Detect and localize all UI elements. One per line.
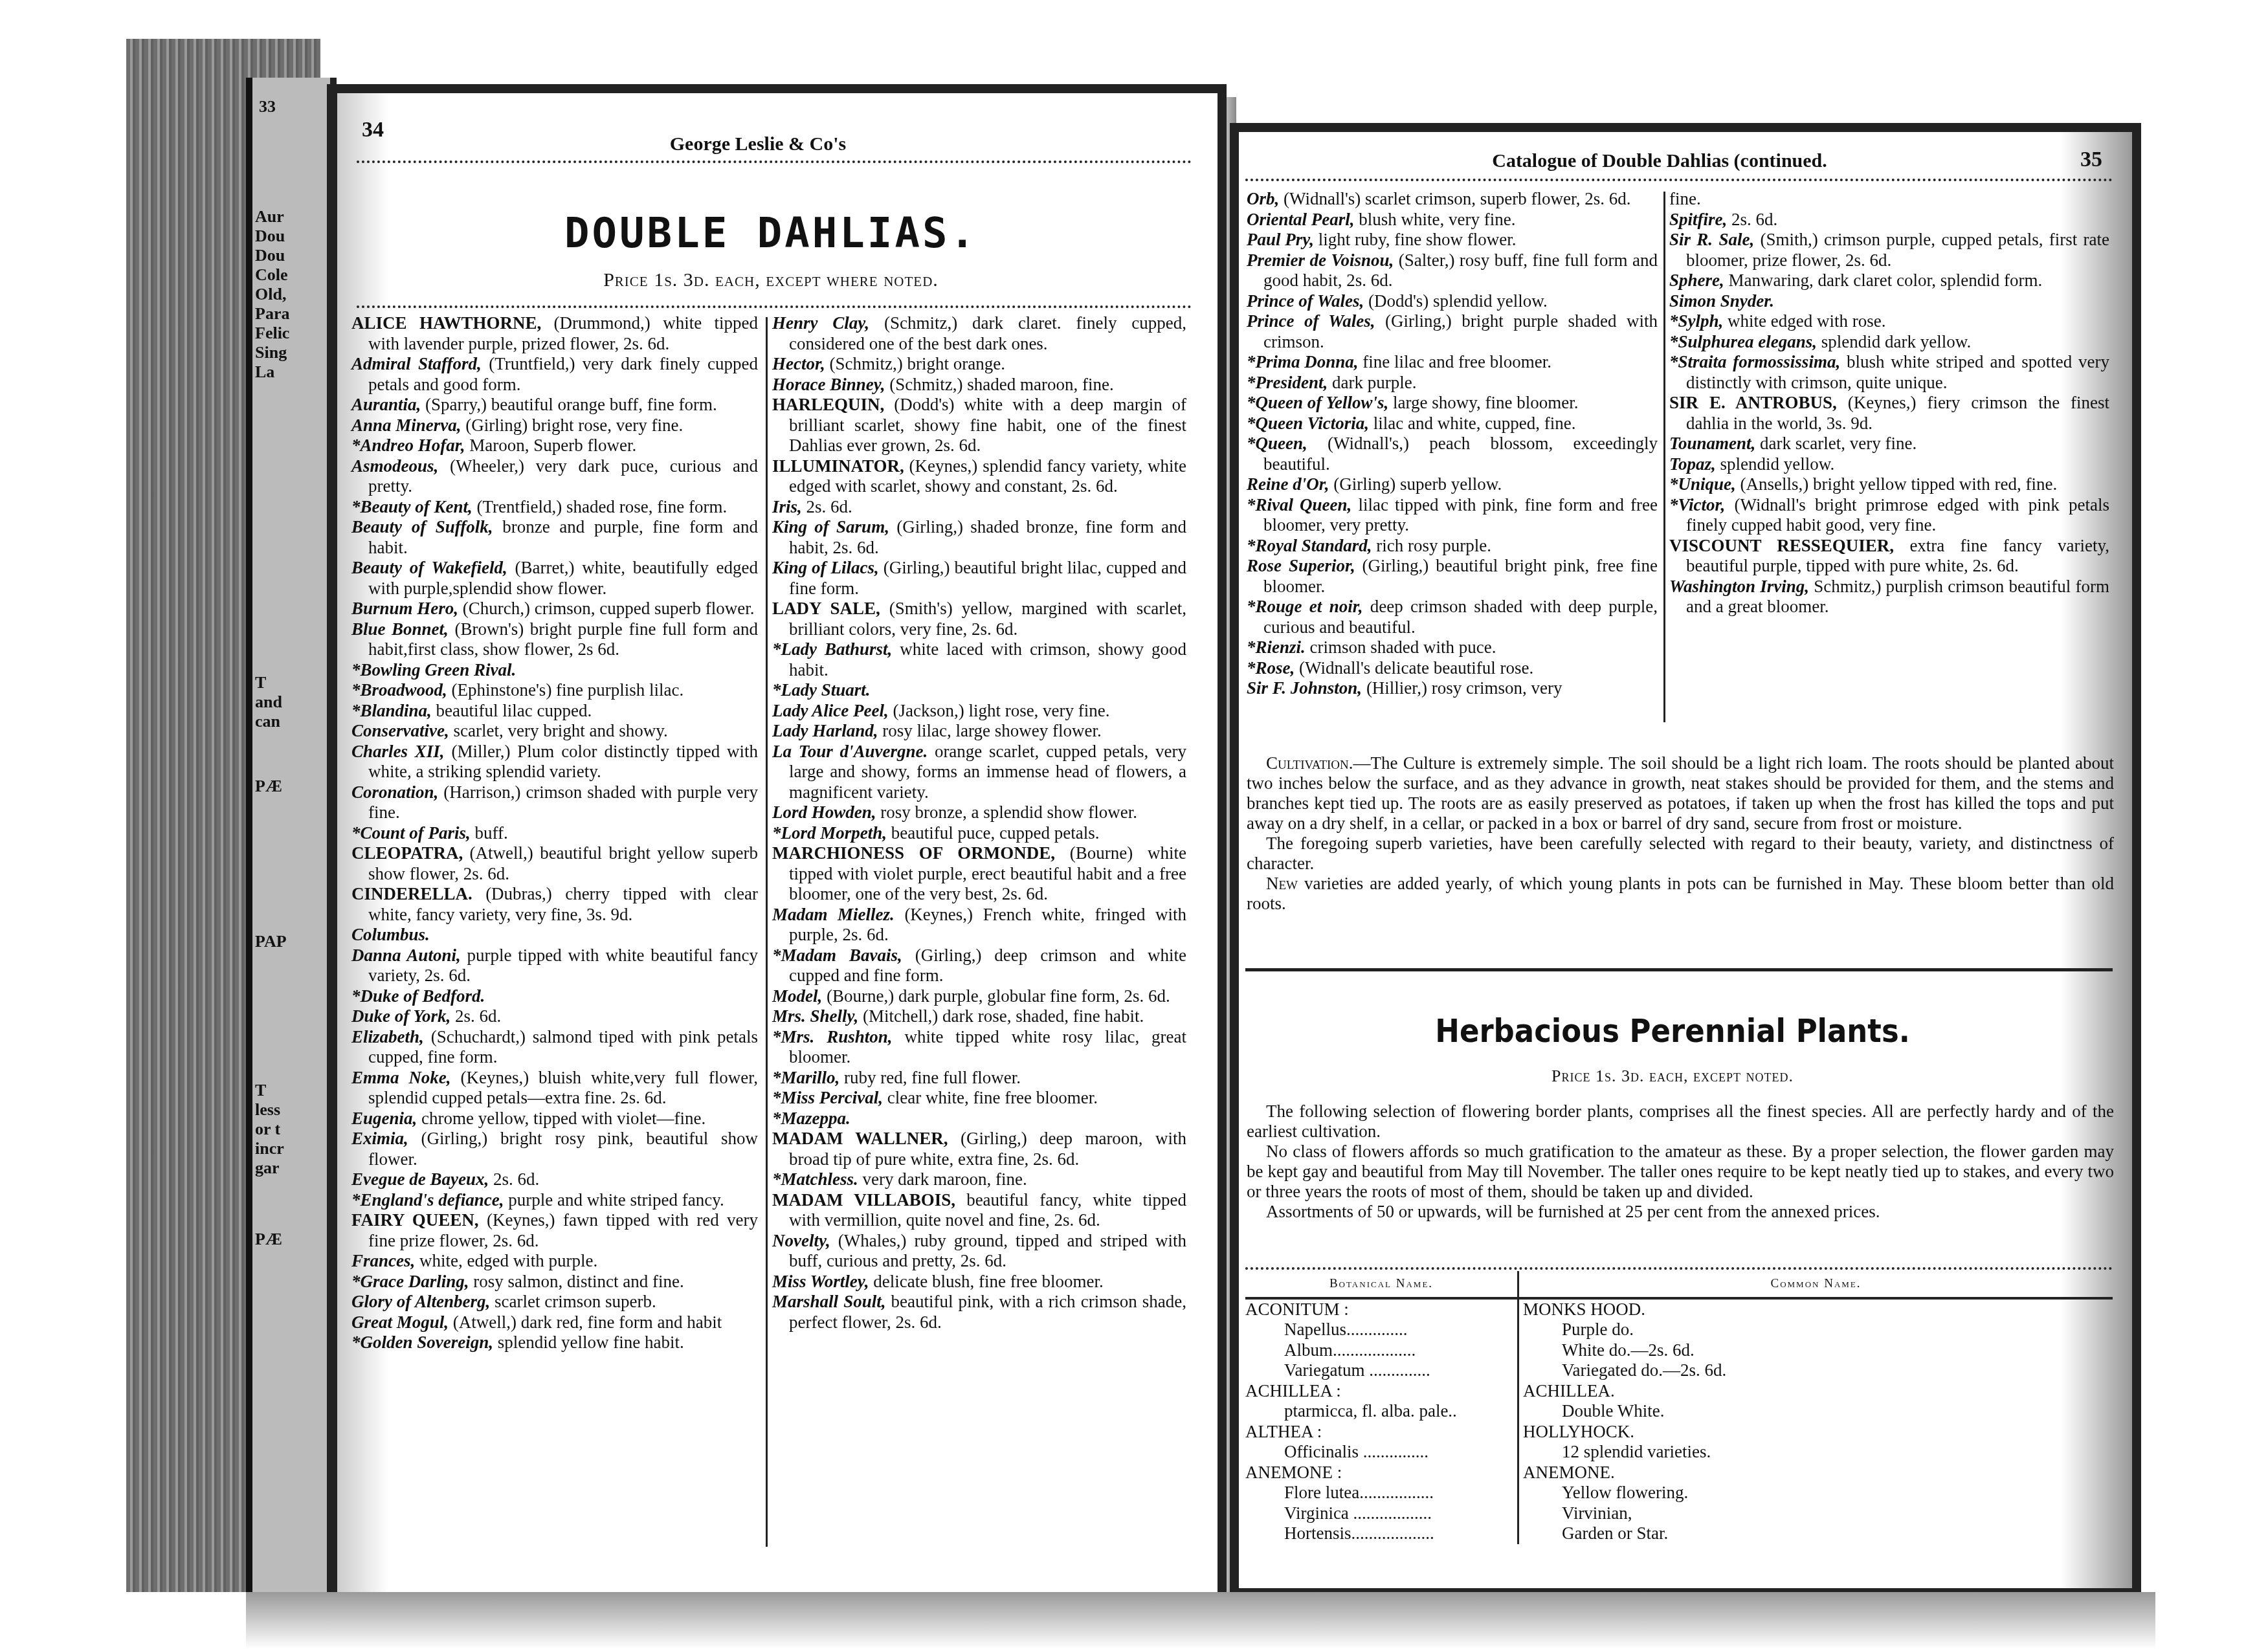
dahlia-entry: Eximia, (Girling,) bright rosy pink, bea… xyxy=(351,1129,758,1169)
stub-fragment: La xyxy=(255,362,274,382)
variety-name: *Bowling Green Rival. xyxy=(351,660,516,680)
column-divider xyxy=(766,317,768,1547)
dahlia-entry: Iris, 2s. 6d. xyxy=(772,497,1186,518)
variety-name: Eximia, xyxy=(351,1129,408,1148)
dahlia-entry: Hector, (Schmitz,) bright orange. xyxy=(772,354,1186,375)
dahlia-entry: fine. xyxy=(1669,189,2109,210)
botanical-name-cell: ACHILLEA : xyxy=(1245,1381,1517,1402)
dahlia-entry: *Mrs. Rushton, white tipped white rosy l… xyxy=(772,1027,1186,1068)
variety-description: chrome yellow, tipped with violet—fine. xyxy=(421,1109,706,1128)
variety-name: Simon Snyder. xyxy=(1669,291,1774,311)
variety-description: 2s. 6d. xyxy=(806,497,852,516)
dahlia-entry: VISCOUNT RESSEQUIER, extra fine fancy va… xyxy=(1669,536,2109,577)
variety-description: (Church,) crimson, cupped superb flower. xyxy=(463,599,755,618)
variety-name: *Golden Sovereign, xyxy=(351,1333,493,1352)
dahlia-entry: Burnum Hero, (Church,) crimson, cupped s… xyxy=(351,599,758,619)
dahlia-entry: *England's defiance, purple and white st… xyxy=(351,1190,758,1211)
variety-description: Manwaring, dark claret color, splendid f… xyxy=(1729,271,2043,290)
cultivation-section: Cultivation.—The Culture is extremely si… xyxy=(1247,753,2114,914)
variety-name: *Queen Victoria, xyxy=(1247,414,1369,433)
dahlia-entry: *Sylph, white edged with rose. xyxy=(1669,311,2109,332)
dahlia-entry: Miss Wortley, delicate blush, fine free … xyxy=(772,1272,1186,1292)
variety-name: *Rose, xyxy=(1247,658,1295,678)
dahlia-entry: *Rouge et noir, deep crimson shaded with… xyxy=(1247,597,1658,637)
variety-name: Washington Irving, xyxy=(1669,577,1809,596)
variety-description: (Girling) superb yellow. xyxy=(1333,474,1502,494)
variety-name: Elizabeth, xyxy=(351,1027,424,1046)
variety-name: Admiral Stafford, xyxy=(351,354,482,373)
wavy-rule xyxy=(357,298,1192,308)
dahlia-entry: MADAM VILLABOIS, beautiful fancy, white … xyxy=(772,1190,1186,1231)
variety-name: *Rouge et noir, xyxy=(1247,597,1362,616)
variety-description: very dark maroon, fine. xyxy=(863,1169,1027,1189)
wavy-rule xyxy=(1245,1259,2113,1270)
dahlia-entry: Novelty, (Whales,) ruby ground, tipped a… xyxy=(772,1231,1186,1272)
dahlia-entry: Mrs. Shelly, (Mitchell,) dark rose, shad… xyxy=(772,1006,1186,1027)
dahlia-entry: Beauty of Wakefield, (Barret,) white, be… xyxy=(351,558,758,599)
variety-description: lilac and white, cupped, fine. xyxy=(1373,414,1576,433)
variety-name: *Victor, xyxy=(1669,495,1725,515)
dahlia-entry: *Lady Bathurst, white laced with crimson… xyxy=(772,639,1186,680)
common-name-cell: Variegated do.—2s. 6d. xyxy=(1523,1360,2113,1381)
left-page-number: 34 xyxy=(362,118,384,142)
variety-name: Miss Wortley, xyxy=(772,1272,869,1291)
dahlia-entry: Conservative, scarlet, very bright and s… xyxy=(351,721,758,742)
page-shadow xyxy=(246,1592,2155,1649)
dahlia-entry: Marshall Soult, beautiful pink, with a r… xyxy=(772,1292,1186,1333)
variety-description: dark purple. xyxy=(1332,373,1416,392)
cultivation-label: Cultivation. xyxy=(1266,753,1353,773)
stub-fragment: T xyxy=(255,1081,266,1100)
variety-name: *Count of Paris, xyxy=(351,823,471,843)
dahlia-entry: Eugenia, chrome yellow, tipped with viol… xyxy=(351,1109,758,1129)
stub-fragment: Cole xyxy=(255,265,288,285)
variety-name: MADAM VILLABOIS, xyxy=(772,1190,955,1210)
dahlia-entry: Blue Bonnet, (Brown's) bright purple fin… xyxy=(351,619,758,660)
variety-name: Duke of York, xyxy=(351,1006,450,1026)
variety-name: Coronation, xyxy=(351,782,438,802)
variety-description: (Jackson,) light rose, very fine. xyxy=(893,701,1109,720)
dahlia-entry: Beauty of Suffolk, bronze and purple, fi… xyxy=(351,517,758,558)
variety-name: LADY SALE, xyxy=(772,599,880,618)
variety-name: *Royal Standard, xyxy=(1247,536,1372,555)
stub-fragment: Sing xyxy=(255,343,287,362)
variety-name: *Mrs. Rushton, xyxy=(772,1027,892,1046)
botanical-name-cell: Officinalis ............... xyxy=(1245,1442,1517,1463)
variety-name: *Broadwood, xyxy=(351,680,447,700)
variety-name: Premier de Voisnou, xyxy=(1247,250,1394,270)
dahlia-entry: *Bowling Green Rival. xyxy=(351,660,758,681)
dahlia-entry: *Grace Darling, rosy salmon, distinct an… xyxy=(351,1272,758,1292)
dahlia-entry: *Duke of Bedford. xyxy=(351,986,758,1007)
common-name-cell: HOLLYHOCK. xyxy=(1523,1422,2113,1443)
variety-name: Great Mogul, xyxy=(351,1312,449,1332)
variety-name: Paul Pry, xyxy=(1247,230,1314,249)
dahlia-entry: Lord Howden, rosy bronze, a splendid sho… xyxy=(772,802,1186,823)
botanical-name-header: Botanical Name. xyxy=(1245,1271,1519,1297)
dahlia-entry: Reine d'Or, (Girling) superb yellow. xyxy=(1247,474,1658,495)
dahlia-list-column-2: Henry Clay, (Schmitz,) dark claret. fine… xyxy=(772,313,1186,1333)
variety-name: Novelty, xyxy=(772,1231,830,1250)
variety-description: Maroon, Superb flower. xyxy=(469,436,636,455)
plants-table: Botanical Name.Common Name.ACONITUM :Nap… xyxy=(1245,1271,2113,1544)
variety-name: Oriental Pearl, xyxy=(1247,210,1355,229)
variety-description: rosy lilac, large showey flower. xyxy=(882,721,1101,740)
stub-fragment: Old, xyxy=(255,285,286,304)
variety-name: MARCHIONESS OF ORMONDE, xyxy=(772,843,1055,863)
common-name-cell: MONKS HOOD. xyxy=(1523,1300,2113,1320)
wavy-rule xyxy=(357,153,1192,163)
dahlia-entry: Elizabeth, (Schuchardt,) salmond tiped w… xyxy=(351,1027,758,1068)
variety-name: La Tour d'Auvergne. xyxy=(772,742,928,761)
variety-description: (Hillier,) rosy crimson, very xyxy=(1366,678,1562,698)
variety-name: ALICE HAWTHORNE, xyxy=(351,313,541,333)
dahlia-entry: Paul Pry, light ruby, fine show flower. xyxy=(1247,230,1658,250)
botanical-name-cell: Variegatum .............. xyxy=(1245,1360,1517,1381)
right-running-head: Catalogue of Double Dahlias (continued. xyxy=(1368,150,1951,172)
variety-name: MADAM WALLNER, xyxy=(772,1129,948,1148)
dahlia-entry: Simon Snyder. xyxy=(1669,291,2109,312)
botanical-name-cell: ANEMONE : xyxy=(1245,1463,1517,1483)
dahlia-entry: *Broadwood, (Ephinstone's) fine purplish… xyxy=(351,680,758,701)
stub-fragment: Dou xyxy=(255,246,285,265)
common-name-cell: ANEMONE. xyxy=(1523,1463,2113,1483)
stub-fragment: PÆ xyxy=(255,1230,282,1249)
herbacious-paragraph: Assortments of 50 or upwards, will be fu… xyxy=(1247,1202,2114,1222)
dahlia-entry: Admiral Stafford, (Truntfield,) very dar… xyxy=(351,354,758,395)
stub-fragment: PÆ xyxy=(255,777,282,796)
variety-name: *Miss Percival, xyxy=(772,1088,883,1107)
right-page-number: 35 xyxy=(2080,148,2102,172)
dahlia-entry: *Queen Victoria, lilac and white, cupped… xyxy=(1247,414,1658,434)
variety-name: Lady Alice Peel, xyxy=(772,701,889,720)
dahlia-list-column-1: ALICE HAWTHORNE, (Drummond,) white tippe… xyxy=(351,313,758,1353)
dahlia-entry: *Count of Paris, buff. xyxy=(351,823,758,844)
variety-description: scarlet crimson superb. xyxy=(495,1292,656,1311)
stub-fragment: Aur xyxy=(255,207,284,227)
variety-description: (Schuchardt,) salmond tiped with pink pe… xyxy=(368,1027,758,1067)
botanical-name-cell: Hortensis................... xyxy=(1245,1523,1517,1544)
variety-name: *Beauty of Kent, xyxy=(351,497,472,516)
variety-name: *Rienzi. xyxy=(1247,637,1306,657)
variety-description: large showy, fine bloomer. xyxy=(1393,393,1578,412)
stub-fragment: or t xyxy=(255,1120,280,1139)
botanical-name-cell: Album................... xyxy=(1245,1340,1517,1361)
variety-description: splendid yellow fine habit. xyxy=(498,1333,684,1352)
variety-name: Burnum Hero, xyxy=(351,599,458,618)
dahlia-entry: Sir R. Sale, (Smith,) crimson purple, cu… xyxy=(1669,230,2109,271)
variety-name: Horace Binney, xyxy=(772,375,885,394)
variety-description: (Schmitz,) shaded maroon, fine. xyxy=(889,375,1113,394)
variety-name: *Queen, xyxy=(1247,434,1307,453)
variety-description: (Girling,) bright rosy pink, beautiful s… xyxy=(368,1129,758,1169)
dahlia-entry: *President, dark purple. xyxy=(1247,373,1658,393)
dahlia-entry: *Sulphurea elegans, splendid dark yellow… xyxy=(1669,332,2109,353)
variety-name: *Rival Queen, xyxy=(1247,495,1351,515)
dahlia-entry: Model, (Bourne,) dark purple, globular f… xyxy=(772,986,1186,1007)
variety-name: Prince of Wales, xyxy=(1247,291,1364,311)
common-name-cell: Garden or Star. xyxy=(1523,1523,2113,1544)
dahlia-entry: SIR E. ANTROBUS, (Keynes,) fiery crimson… xyxy=(1669,393,2109,434)
variety-name: Orb, xyxy=(1247,189,1279,208)
dahlia-entry: King of Lilacs, (Girling,) beautiful bri… xyxy=(772,558,1186,599)
dahlia-entry: Anna Minerva, (Girling) bright rose, ver… xyxy=(351,415,758,436)
variety-description: rosy salmon, distinct and fine. xyxy=(473,1272,684,1291)
variety-name: CINDERELLA. xyxy=(351,884,472,903)
variety-description: delicate blush, fine free bloomer. xyxy=(873,1272,1103,1291)
herbacious-intro: The following selection of flowering bor… xyxy=(1247,1101,2114,1222)
common-name-cell: Purple do. xyxy=(1523,1320,2113,1340)
dahlia-entry: Duke of York, 2s. 6d. xyxy=(351,1006,758,1027)
dahlia-entry: La Tour d'Auvergne. orange scarlet, cupp… xyxy=(772,742,1186,803)
variety-description: rich rosy purple. xyxy=(1376,536,1491,555)
dahlia-entry: Horace Binney, (Schmitz,) shaded maroon,… xyxy=(772,375,1186,395)
variety-name: Sir R. Sale, xyxy=(1669,230,1754,249)
variety-description: ruby red, fine full flower. xyxy=(844,1068,1021,1087)
dahlia-entry: MADAM WALLNER, (Girling,) deep maroon, w… xyxy=(772,1129,1186,1169)
dahlia-entry: ILLUMINATOR, (Keynes,) splendid fancy va… xyxy=(772,456,1186,497)
variety-name: *Sulphurea elegans, xyxy=(1669,332,1817,351)
variety-description: (Ansells,) bright yellow tipped with red… xyxy=(1740,474,2058,494)
dahlia-entry: Spitfire, 2s. 6d. xyxy=(1669,210,2109,230)
common-name-cell: Virvinian, xyxy=(1523,1503,2113,1524)
dahlia-entry: Glory of Altenberg, scarlet crimson supe… xyxy=(351,1292,758,1312)
variety-name: Conservative, xyxy=(351,721,449,740)
dahlia-entry: Lady Harland, rosy lilac, large showey f… xyxy=(772,721,1186,742)
variety-description: crimson shaded with puce. xyxy=(1310,637,1496,657)
herbacious-title: Herbacious Perennial Plants. xyxy=(1304,1012,2041,1050)
botanical-name-cell: ptarmicca, fl. alba. pale.. xyxy=(1245,1401,1517,1422)
dahlia-entry: FAIRY QUEEN, (Keynes,) fawn tipped with … xyxy=(351,1210,758,1251)
variety-description: buff. xyxy=(475,823,508,843)
variety-description: (Bourne,) dark purple, globular fine for… xyxy=(827,986,1170,1006)
section-rule xyxy=(1245,968,2113,971)
variety-name: Blue Bonnet, xyxy=(351,619,449,639)
stub-fragment: Felic xyxy=(255,324,289,343)
variety-description: (Dodd's) splendid yellow. xyxy=(1368,291,1548,311)
variety-name: Glory of Altenberg, xyxy=(351,1292,490,1311)
variety-name: *Straita formossissima, xyxy=(1669,352,1840,371)
dahlia-entry: ALICE HAWTHORNE, (Drummond,) white tippe… xyxy=(351,313,758,354)
variety-description: (Mitchell,) dark rose, shaded, fine habi… xyxy=(863,1006,1144,1026)
variety-name: VISCOUNT RESSEQUIER, xyxy=(1669,536,1894,555)
variety-name: *Unique, xyxy=(1669,474,1736,494)
dahlia-entry: *Prima Donna, fine lilac and free bloome… xyxy=(1247,352,1658,373)
common-name-cell: White do.—2s. 6d. xyxy=(1523,1340,2113,1361)
variety-description: (Schmitz,) bright orange. xyxy=(830,354,1005,373)
variety-description: 2s. 6d. xyxy=(493,1169,539,1189)
dahlia-entry: Aurantia, (Sparry,) beautiful orange buf… xyxy=(351,395,758,415)
dahlia-entry: *Unique, (Ansells,) bright yellow tipped… xyxy=(1669,474,2109,495)
dahlia-entry: *Marillo, ruby red, fine full flower. xyxy=(772,1068,1186,1089)
variety-description: (Atwell,) dark red, fine form and habit xyxy=(453,1312,722,1332)
variety-name: *Prima Donna, xyxy=(1247,352,1359,371)
dahlia-entry: CINDERELLA. (Dubras,) cherry tipped with… xyxy=(351,884,758,925)
dahlia-entry: Great Mogul, (Atwell,) dark red, fine fo… xyxy=(351,1312,758,1333)
variety-description: rosy bronze, a splendid show flower. xyxy=(880,802,1137,822)
variety-description: beautiful puce, cupped petals. xyxy=(891,823,1100,843)
dahlia-entry: Tounament, dark scarlet, very fine. xyxy=(1669,434,2109,454)
variety-description: (Trentfield,) shaded rose, fine form. xyxy=(477,497,728,516)
variety-name: *Andreo Hofar, xyxy=(351,436,465,455)
variety-description: blush white, very fine. xyxy=(1359,210,1515,229)
previous-page-stub: 33 AurDouDouColeOld,ParaFelicSingLaTandc… xyxy=(246,78,337,1599)
dahlia-entry: MARCHIONESS OF ORMONDE, (Bourne) white t… xyxy=(772,843,1186,905)
new-label: New xyxy=(1266,874,1298,893)
botanical-name-cell: ALTHEA : xyxy=(1245,1422,1517,1443)
variety-description: (Widnall's delicate beautiful rose. xyxy=(1299,658,1533,678)
variety-name: Mrs. Shelly, xyxy=(772,1006,858,1026)
dahlia-list-column-1: Orb, (Widnall's) scarlet crimson, superb… xyxy=(1247,189,1658,699)
variety-name: Madam Miellez. xyxy=(772,905,895,924)
dahlia-entry: *Rienzi. crimson shaded with puce. xyxy=(1247,637,1658,658)
variety-name: HARLEQUIN, xyxy=(772,395,884,414)
variety-description: white edged with rose. xyxy=(1728,311,1885,331)
dahlia-entry: Madam Miellez. (Keynes,) French white, f… xyxy=(772,905,1186,946)
dahlia-entry: Henry Clay, (Schmitz,) dark claret. fine… xyxy=(772,313,1186,354)
variety-name: SIR E. ANTROBUS, xyxy=(1669,393,1837,412)
variety-description: light ruby, fine show flower. xyxy=(1318,230,1517,249)
foregoing-paragraph: The foregoing superb varieties, have bee… xyxy=(1247,834,2114,874)
botanical-name-cell: Napellus.............. xyxy=(1245,1320,1517,1340)
variety-description: 2s. 6d. xyxy=(1731,210,1777,229)
variety-name: Hector, xyxy=(772,354,825,373)
dahlia-entry: *Madam Bavais, (Girling,) deep crimson a… xyxy=(772,946,1186,986)
variety-name: FAIRY QUEEN, xyxy=(351,1210,479,1230)
stub-fragment: PAP xyxy=(255,932,287,951)
variety-description: white, edged with purple. xyxy=(419,1251,597,1270)
left-running-head: George Leslie & Co's xyxy=(531,133,984,155)
botanical-name-cell: Virginica .................. xyxy=(1245,1503,1517,1524)
dahlia-entry: Prince of Wales, (Dodd's) splendid yello… xyxy=(1247,291,1658,312)
dahlia-entry: Columbus. xyxy=(351,925,758,946)
variety-name: Topaz, xyxy=(1669,454,1716,474)
variety-name: Marshall Soult, xyxy=(772,1292,885,1311)
variety-name: Evegue de Bayeux, xyxy=(351,1169,489,1189)
common-name-cell: 12 splendid varieties. xyxy=(1523,1442,2113,1463)
left-page: 34 George Leslie & Co's DOUBLE DAHLIAS. … xyxy=(327,84,1227,1610)
variety-name: Beauty of Suffolk, xyxy=(351,517,493,537)
dahlia-entry: Washington Irving, Schmitz,) purplish cr… xyxy=(1669,577,2109,617)
dahlia-entry: CLEOPATRA, (Atwell,) beautiful bright ye… xyxy=(351,843,758,884)
variety-name: Asmodeous, xyxy=(351,456,438,476)
herbacious-paragraph: The following selection of flowering bor… xyxy=(1247,1101,2114,1142)
right-page: Catalogue of Double Dahlias (continued. … xyxy=(1230,123,2141,1597)
dahlia-entry: Sir F. Johnston, (Hillier,) rosy crimson… xyxy=(1247,678,1658,699)
dahlia-entry: *Rose, (Widnall's delicate beautiful ros… xyxy=(1247,658,1658,679)
variety-description: dark scarlet, very fine. xyxy=(1760,434,1917,453)
botanical-name-cell: Flore lutea................. xyxy=(1245,1483,1517,1503)
variety-description: (Sparry,) beautiful orange buff, fine fo… xyxy=(425,395,717,414)
variety-name: Anna Minerva, xyxy=(351,415,461,435)
dahlia-entry: *Queen, (Widnall's,) peach blossom, exce… xyxy=(1247,434,1658,474)
variety-name: *Lady Stuart. xyxy=(772,680,871,700)
page-title: DOUBLE DAHLIAS. xyxy=(415,210,1127,258)
variety-name: Tounament, xyxy=(1669,434,1755,453)
variety-description: (Widnall's) scarlet crimson, superb flow… xyxy=(1284,189,1631,208)
dahlia-entry: King of Sarum, (Girling,) shaded bronze,… xyxy=(772,517,1186,558)
variety-name: King of Lilacs, xyxy=(772,558,879,577)
dahlia-entry: *Mazeppa. xyxy=(772,1109,1186,1129)
common-name-cell: ACHILLEA. xyxy=(1523,1381,2113,1402)
variety-name: Lord Howden, xyxy=(772,802,876,822)
variety-description: scarlet, very bright and showy. xyxy=(453,721,667,740)
variety-description: (Widnall's bright primrose edged with pi… xyxy=(1686,495,2109,535)
dahlia-entry: *Beauty of Kent, (Trentfield,) shaded ro… xyxy=(351,497,758,518)
dahlia-entry: Oriental Pearl, blush white, very fine. xyxy=(1247,210,1658,230)
variety-name: ILLUMINATOR, xyxy=(772,456,904,476)
dahlia-entry: HARLEQUIN, (Dodd's) white with a deep ma… xyxy=(772,395,1186,456)
variety-name: King of Sarum, xyxy=(772,517,889,537)
variety-name: Model, xyxy=(772,986,822,1006)
variety-name: Sphere, xyxy=(1669,271,1724,290)
variety-name: *Madam Bavais, xyxy=(772,946,902,965)
dahlia-entry: *Rival Queen, lilac tipped with pink, fi… xyxy=(1247,495,1658,536)
price-subtitle: Price 1s. 3d. each, except where noted. xyxy=(415,269,1127,291)
cultivation-text: —The Culture is extremely simple. The so… xyxy=(1247,753,2114,833)
column-divider xyxy=(1663,192,1665,722)
common-name-cell: Yellow flowering. xyxy=(1523,1483,2113,1503)
dahlia-entry: Charles XII, (Miller,) Plum color distin… xyxy=(351,742,758,782)
variety-name: Charles XII, xyxy=(351,742,445,761)
dahlia-entry: Sphere, Manwaring, dark claret color, sp… xyxy=(1669,271,2109,291)
stub-fragment: incr xyxy=(255,1139,284,1158)
variety-name: Frances, xyxy=(351,1251,415,1270)
variety-name: Columbus. xyxy=(351,925,430,944)
wavy-rule xyxy=(1245,171,2113,181)
herbacious-price-subtitle: Price 1s. 3d. each, except noted. xyxy=(1304,1067,2041,1086)
variety-name: Spitfire, xyxy=(1669,210,1727,229)
dahlia-entry: Evegue de Bayeux, 2s. 6d. xyxy=(351,1169,758,1190)
stub-fragment: gar xyxy=(255,1158,280,1178)
dahlia-entry: *Lord Morpeth, beautiful puce, cupped pe… xyxy=(772,823,1186,844)
variety-name: Danna Autoni, xyxy=(351,946,461,965)
variety-name: *Lord Morpeth, xyxy=(772,823,887,843)
variety-name: *Blandina, xyxy=(351,701,432,720)
dahlia-entry: *Royal Standard, rich rosy purple. xyxy=(1247,536,1658,557)
dahlia-entry: *Victor, (Widnall's bright primrose edge… xyxy=(1669,495,2109,536)
variety-name: *Lady Bathurst, xyxy=(772,639,892,659)
variety-description: (Ephinstone's) fine purplish lilac. xyxy=(452,680,684,700)
variety-description: fine lilac and free bloomer. xyxy=(1362,352,1551,371)
variety-name: *Matchless. xyxy=(772,1169,858,1189)
variety-name: Reine d'Or, xyxy=(1247,474,1329,494)
dahlia-entry: LADY SALE, (Smith's) yellow, margined wi… xyxy=(772,599,1186,639)
dahlia-entry: Coronation, (Harrison,) crimson shaded w… xyxy=(351,782,758,823)
dahlia-entry: *Straita formossissima, blush white stri… xyxy=(1669,352,2109,393)
dahlia-entry: Lady Alice Peel, (Jackson,) light rose, … xyxy=(772,701,1186,722)
dahlia-list-column-2: fine.Spitfire, 2s. 6d.Sir R. Sale, (Smit… xyxy=(1669,189,2109,617)
variety-name: *Duke of Bedford. xyxy=(351,986,485,1006)
common-name-header: Common Name. xyxy=(1519,1271,2113,1297)
variety-name: Lady Harland, xyxy=(772,721,878,740)
variety-name: *Sylph, xyxy=(1669,311,1723,331)
variety-name: CLEOPATRA, xyxy=(351,843,463,863)
variety-name: Iris, xyxy=(772,497,802,516)
variety-description: fine. xyxy=(1669,189,1701,208)
dahlia-entry: Rose Superior, (Girling,) beautiful brig… xyxy=(1247,556,1658,597)
dahlia-entry: *Golden Sovereign, splendid yellow fine … xyxy=(351,1333,758,1353)
variety-description: (Widnall's,) peach blossom, exceedingly … xyxy=(1263,434,1658,474)
variety-description: splendid dark yellow. xyxy=(1821,332,1971,351)
stub-page-number: 33 xyxy=(259,97,276,116)
stub-fragment: less xyxy=(255,1100,280,1120)
dahlia-entry: Asmodeous, (Wheeler,) very dark puce, cu… xyxy=(351,456,758,497)
variety-name: Beauty of Wakefield, xyxy=(351,558,507,577)
dahlia-entry: *Miss Percival, clear white, fine free b… xyxy=(772,1088,1186,1109)
variety-name: Emma Noke, xyxy=(351,1068,451,1087)
new-varieties-text: varieties are added yearly, of which you… xyxy=(1247,874,2114,913)
